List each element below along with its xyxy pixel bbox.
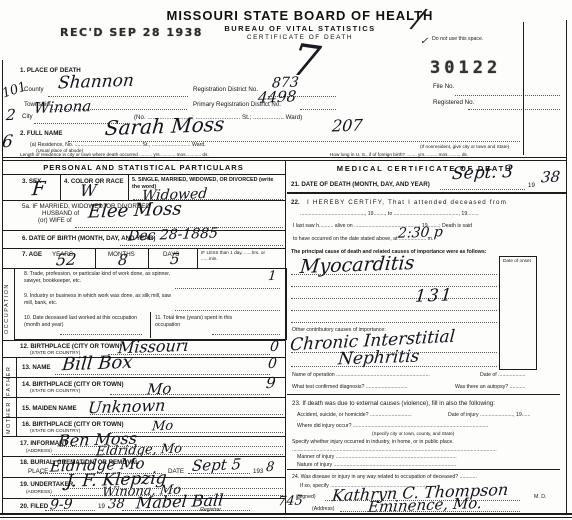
age-years-value: 52	[55, 252, 77, 269]
dob-value: Dec 28-1885	[127, 226, 218, 243]
nonresident-note: (If nonresident, give city or town and S…	[420, 144, 509, 150]
ink-tick: 1	[267, 270, 276, 283]
father-birthplace-code: 9	[265, 376, 276, 391]
nature-of-injury-line: Nature of injury .......................…	[297, 462, 456, 469]
mother-maiden-label: 15. MAIDEN NAME	[22, 405, 77, 413]
cause-code: 131	[414, 287, 454, 305]
burial-date-label: DATE	[168, 468, 184, 476]
margin-mark-city: 2	[5, 108, 16, 123]
medical-section-title: MEDICAL CERTIFICATE OF DEATH	[287, 164, 562, 173]
burial-date-value: Sept 5	[191, 457, 241, 474]
father-name-value: Bill Box	[61, 354, 133, 375]
name-code: 207	[331, 117, 363, 134]
registration-district-label: Registration District No.	[193, 86, 258, 94]
do-not-use-note: Do not use this space.	[432, 36, 483, 43]
age-months-value: 8	[117, 253, 128, 268]
physician-address: Eminence, Mo.	[367, 496, 482, 515]
test-line: What test confirmed diagnosis? .........…	[292, 384, 408, 391]
autopsy-line: Was there an autopsy? ...........	[455, 384, 525, 391]
margin-mark-name: 6	[1, 134, 13, 151]
informant-address-label: (ADDRESS)	[26, 448, 52, 454]
injury-date-line: Date of injury ......................., …	[448, 412, 530, 419]
spouse-label-wife: (or) WIFE of	[38, 217, 72, 225]
occupation-industry-label: 9. Industry or business in which work wa…	[24, 293, 174, 307]
ink-check: ✓	[420, 36, 428, 47]
primary-district-value: 4498	[257, 89, 296, 105]
operation-date-line: Date of ...................	[480, 372, 526, 379]
burial-year-value: 8	[265, 461, 274, 474]
registrar-label: Registrar.	[200, 507, 222, 514]
occupation-total-time-label: 11. Total time (years) spent in this occ…	[155, 315, 255, 329]
city-label: City	[22, 113, 33, 121]
external-causes-label: 23. If death was due to external causes …	[292, 400, 495, 408]
age-if-less-label: IF LESS than 1 day, ......hrs. or ......…	[201, 250, 281, 262]
date-of-death-label: 21. DATE OF DEATH (MONTH, DAY, AND YEAR)	[291, 181, 430, 189]
occupation-trade-label: 8. Trade, profession, or particular kind…	[24, 271, 174, 285]
age-label: 7. AGE	[22, 251, 42, 259]
time-of-death-value: 2:30 p	[397, 225, 443, 241]
filed-year-printed: 19	[98, 503, 105, 511]
father-birthplace-sub: (STATE OR COUNTRY)	[30, 388, 80, 394]
address-label: (Address)	[312, 506, 335, 513]
last-saw-line: I last saw h.......... alive on ........…	[293, 223, 472, 230]
specify-whether-note: Specify whether injury occurred in indus…	[292, 439, 454, 446]
certify-text: I HEREBY CERTIFY, That I attended deceas…	[307, 199, 507, 207]
burial-year-printed: 193	[253, 468, 263, 476]
where-injury-line: Where did injury occur? ................…	[297, 423, 488, 430]
registered-no-label: Registered No.	[433, 99, 474, 107]
md-label: M. D.	[534, 494, 546, 501]
occupation-last-worked-label: 10. Date deceased last worked at this oc…	[24, 315, 142, 329]
accident-line: Accident, suicide, or homicide? ........…	[297, 412, 412, 419]
sex-value: F	[31, 180, 46, 200]
city-value: Winona	[33, 99, 92, 116]
operation-line: Name of operation ......................…	[292, 372, 430, 379]
full-name-label: 2. FULL NAME	[20, 130, 63, 138]
county-value: Shannon	[57, 73, 134, 93]
father-name-code: 0	[267, 357, 277, 371]
margin-code-745: 745	[277, 495, 303, 509]
related-to-occupation-line: 24. Was disease or injury in any way rel…	[292, 474, 477, 481]
occupation-side-label: OCCUPATION	[4, 272, 10, 334]
date-of-onset-label: Date of onset	[501, 258, 533, 264]
father-side-label: FATHER	[6, 360, 12, 396]
file-no-label: File No.	[433, 83, 454, 91]
full-name-value: Sarah Moss	[104, 114, 225, 138]
specify-city-note: (Specify city or town, county, and State…	[372, 431, 454, 437]
birthplace-code: 0	[269, 340, 279, 354]
spouse-value: Elee Moss	[87, 200, 182, 221]
personal-section-title: PERSONAL AND STATISTICAL PARTICULARS	[2, 163, 285, 172]
blank-dotted-line: ........................................…	[292, 447, 497, 454]
death-certificate-scan: REC'D SEP 28 1938 MISSOURI STATE BOARD O…	[0, 0, 572, 520]
filed-label: 20. FILED	[20, 503, 48, 511]
manner-of-injury-line: Manner of injury .......................…	[297, 454, 457, 461]
age-days-value: 5	[169, 252, 180, 267]
race-value: W	[79, 183, 97, 200]
certify-number: 22.	[291, 199, 300, 207]
dod-year-value: 38	[540, 170, 560, 186]
county-label: County	[24, 86, 44, 94]
undertaker-address-label: (ADDRESS)	[26, 489, 52, 495]
father-name-label: 13. NAME	[22, 364, 51, 372]
date-of-death-value: Sept. 3	[451, 164, 514, 183]
dod-year-printed: 19	[528, 182, 535, 190]
certificate-number: 30122	[430, 58, 501, 78]
form-title: MISSOURI STATE BOARD OF HEALTH	[140, 8, 460, 23]
attended-from-line: ........................................…	[300, 211, 479, 218]
